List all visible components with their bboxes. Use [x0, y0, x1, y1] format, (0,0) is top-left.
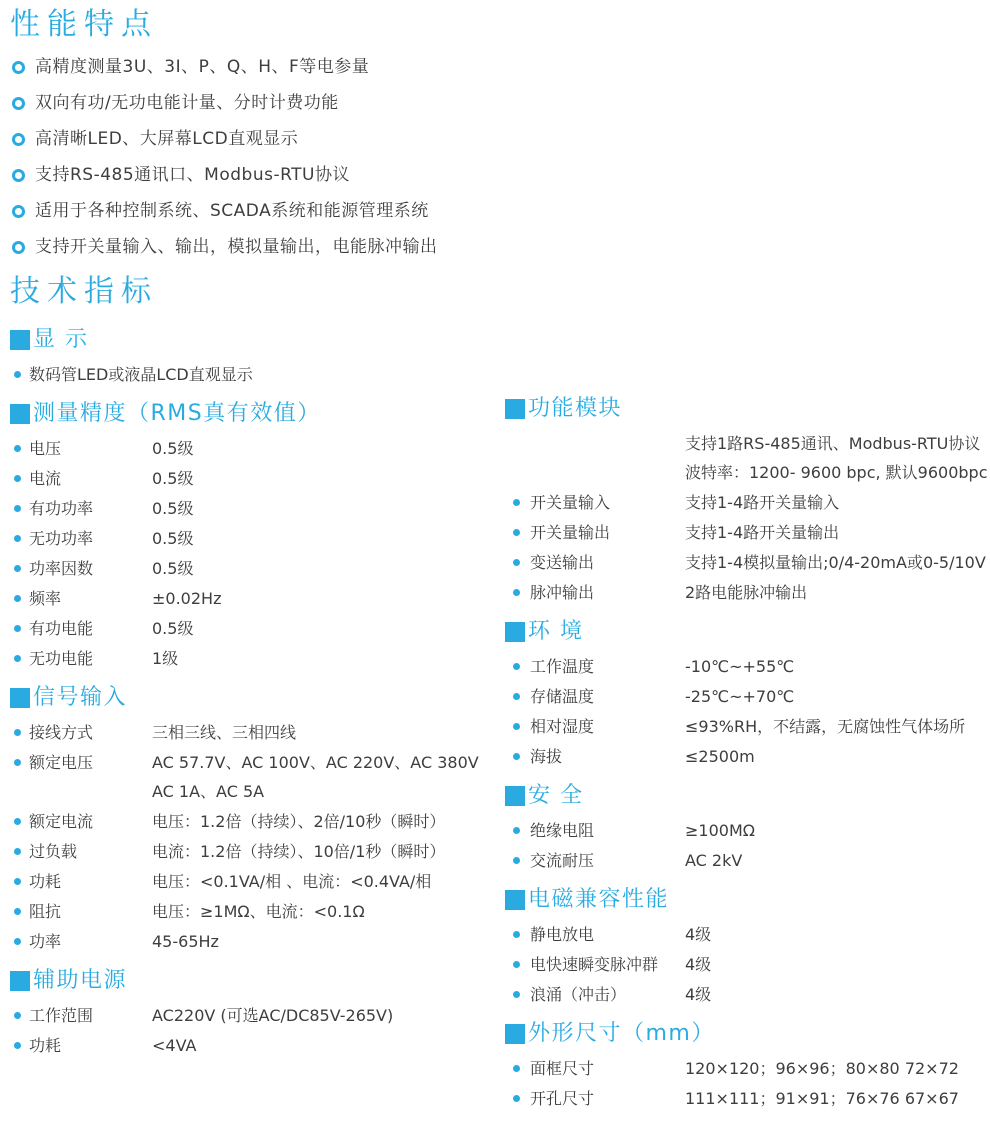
spec-section: 显 示 数码管LED或液晶LCD直观显示	[10, 328, 494, 385]
dot-bullet-icon	[513, 693, 520, 700]
spec-value: ≤2500m	[685, 747, 755, 767]
feature-text: 支持开关量输入、输出，模拟量输出，电能脉冲输出	[35, 237, 438, 258]
spec-value: 电流：1.2倍（持续）、10倍/1秒（瞬时）	[152, 842, 445, 862]
spec-value-line1: 4级	[685, 985, 711, 1005]
square-bullet-icon	[505, 1024, 525, 1044]
dot-bullet-icon	[14, 938, 21, 945]
spec-label: 脉冲输出	[530, 583, 685, 603]
spec-value-line1: 1级	[152, 649, 178, 669]
section-heading-text: 测量精度（RMS真有效值）	[33, 402, 321, 426]
spec-value-line1: 支持1-4模拟量输出;0/4-20mA或0-5/10V	[685, 553, 986, 573]
square-bullet-icon	[10, 688, 30, 708]
spec-row: 相对湿度 ≤93%RH，不结露，无腐蚀性气体场所	[505, 717, 987, 737]
spec-value: 0.5级	[152, 439, 193, 459]
spec-row: 过负载 电流：1.2倍（持续）、10倍/1秒（瞬时）	[10, 842, 494, 862]
feature-text: 高清晰LED、大屏幕LCD直观显示	[35, 129, 298, 150]
spec-value: 电压：1.2倍（持续）、2倍/10秒（瞬时）	[152, 812, 445, 832]
spec-value: 电压：≥1MΩ、电流：<0.1Ω	[152, 902, 365, 922]
spec-section: 信号输入 接线方式 三相三线、三相四线 额定电压 AC 57.7V、AC 100…	[10, 686, 494, 952]
circle-bullet-icon	[12, 97, 25, 110]
spec-value: -25℃~+70℃	[685, 687, 794, 707]
feature-item: 高精度测量3U、3I、P、Q、H、F等电参量	[10, 57, 494, 78]
spec-label: 交流耐压	[530, 851, 685, 871]
dot-bullet-icon	[14, 759, 21, 766]
feature-text: 双向有功/无功电能计量、分时计费功能	[35, 93, 339, 114]
dot-bullet-icon	[513, 559, 520, 566]
section-heading: 信号输入	[10, 686, 494, 710]
section-heading-text: 显 示	[33, 328, 89, 352]
square-bullet-icon	[505, 622, 525, 642]
spec-label: 额定电流	[29, 812, 152, 832]
spec-label: 开关量输入	[530, 493, 685, 513]
spec-row: 功率 45-65Hz	[10, 932, 494, 952]
spec-value-line2: AC 1A、AC 5A	[152, 782, 479, 802]
spec-row: 阻抗 电压：≥1MΩ、电流：<0.1Ω	[10, 902, 494, 922]
spec-row: 绝缘电阻 ≥100MΩ	[505, 821, 987, 841]
spec-row: 有功电能 0.5级	[10, 619, 494, 639]
spec-value-line1: 111×111；91×91；76×76 67×67	[685, 1089, 959, 1109]
spec-label: 开关量输出	[530, 523, 685, 543]
spec-value-line1: 0.5级	[152, 529, 193, 549]
left-column: 性能特点 高精度测量3U、3I、P、Q、H、F等电参量 双向有功/无功电能计量、…	[10, 6, 494, 1066]
spec-label: 功率	[29, 932, 152, 952]
dot-bullet-icon	[513, 589, 520, 596]
spec-value: 1级	[152, 649, 178, 669]
spec-section: 安 全 绝缘电阻 ≥100MΩ 交流耐压 AC 2kV	[505, 784, 987, 871]
spec-label: 功率因数	[29, 559, 152, 579]
features-title: 性能特点	[10, 6, 494, 44]
spec-row: 工作温度 -10℃~+55℃	[505, 657, 987, 677]
spec-value-line1: -10℃~+55℃	[685, 657, 794, 677]
dot-bullet-icon	[14, 1042, 21, 1049]
spec-row: 交流耐压 AC 2kV	[505, 851, 987, 871]
feature-item: 高清晰LED、大屏幕LCD直观显示	[10, 129, 494, 150]
spec-value: 支持1-4模拟量输出;0/4-20mA或0-5/10V	[685, 553, 986, 573]
dot-bullet-icon	[513, 991, 520, 998]
spec-value-line1: 电流：1.2倍（持续）、10倍/1秒（瞬时）	[152, 842, 445, 862]
spec-value-line2: 波特率：1200- 9600 bpc, 默认9600bpc	[685, 463, 988, 483]
section-heading-text: 安 全	[528, 784, 584, 808]
dot-bullet-icon	[14, 445, 21, 452]
section-heading-text: 辅助电源	[33, 969, 127, 993]
spec-value: 4级	[685, 955, 711, 975]
section-rows: 工作范围 AC220V (可选AC/DC85V-265V) 功耗 <4VA	[10, 1006, 494, 1056]
spec-label: 过负载	[29, 842, 152, 862]
spec-label: 开孔尺寸	[530, 1089, 685, 1109]
spec-value-line1: -25℃~+70℃	[685, 687, 794, 707]
dot-bullet-icon	[14, 729, 21, 736]
spec-row: 无功电能 1级	[10, 649, 494, 669]
circle-bullet-icon	[12, 241, 25, 254]
feature-text: 适用于各种控制系统、SCADA系统和能源管理系统	[35, 201, 429, 222]
dot-bullet-icon	[513, 723, 520, 730]
spec-value-line1: 支持1-4路开关量输入	[685, 493, 839, 513]
spec-section: 辅助电源 工作范围 AC220V (可选AC/DC85V-265V) 功耗 <4…	[10, 969, 494, 1056]
spec-section: 测量精度（RMS真有效值） 电压 0.5级 电流 0.5级 有功功率 0.5级 …	[10, 402, 494, 669]
spec-value: 120×120；96×96；80×80 72×72	[685, 1059, 959, 1079]
section-rows: 接线方式 三相三线、三相四线 额定电压 AC 57.7V、AC 100V、AC …	[10, 723, 494, 952]
spec-value-line1: 2路电能脉冲输出	[685, 583, 807, 603]
spec-row: 海拔 ≤2500m	[505, 747, 987, 767]
dot-bullet-icon	[14, 655, 21, 662]
dot-bullet-icon	[14, 371, 21, 378]
spec-label: 面框尺寸	[530, 1059, 685, 1079]
spec-value: <4VA	[152, 1036, 196, 1056]
spec-value: 0.5级	[152, 469, 193, 489]
spec-value: AC220V (可选AC/DC85V-265V)	[152, 1006, 393, 1026]
spec-value-line1: 4级	[685, 925, 711, 945]
spec-value: 0.5级	[152, 499, 193, 519]
square-bullet-icon	[505, 399, 525, 419]
spec-row: 开孔尺寸 111×111；91×91；76×76 67×67	[505, 1089, 987, 1109]
circle-bullet-icon	[12, 169, 25, 182]
spec-value: 0.5级	[152, 529, 193, 549]
spec-section: 电磁兼容性能 静电放电 4级 电快速瞬变脉冲群 4级 浪涌（冲击） 4级	[505, 888, 987, 1005]
right-column: 功能模块 支持1路RS-485通讯、Modbus-RTU协议 波特率：1200-…	[505, 380, 987, 1119]
features-list: 高精度测量3U、3I、P、Q、H、F等电参量 双向有功/无功电能计量、分时计费功…	[10, 57, 494, 258]
dot-bullet-icon	[14, 908, 21, 915]
spec-value: 三相三线、三相四线	[152, 723, 296, 743]
spec-label: 功耗	[29, 1036, 152, 1056]
square-bullet-icon	[10, 404, 30, 424]
dot-bullet-icon	[14, 505, 21, 512]
section-rows: 数码管LED或液晶LCD直观显示	[10, 365, 494, 385]
spec-row: 频率 ±0.02Hz	[10, 589, 494, 609]
feature-item: 适用于各种控制系统、SCADA系统和能源管理系统	[10, 201, 494, 222]
spec-label: 电流	[29, 469, 152, 489]
section-heading: 电磁兼容性能	[505, 888, 987, 912]
square-bullet-icon	[505, 890, 525, 910]
spec-value: 45-65Hz	[152, 932, 219, 952]
square-bullet-icon	[505, 786, 525, 806]
dot-bullet-icon	[513, 931, 520, 938]
spec-row: 数码管LED或液晶LCD直观显示	[10, 365, 494, 385]
spec-label: 阻抗	[29, 902, 152, 922]
spec-row: 额定电流 电压：1.2倍（持续）、2倍/10秒（瞬时）	[10, 812, 494, 832]
spec-row: 工作范围 AC220V (可选AC/DC85V-265V)	[10, 1006, 494, 1026]
section-heading: 显 示	[10, 328, 494, 352]
dot-bullet-icon	[513, 1095, 520, 1102]
feature-item: 双向有功/无功电能计量、分时计费功能	[10, 93, 494, 114]
dot-bullet-icon	[513, 961, 520, 968]
spec-section: 环 境 工作温度 -10℃~+55℃ 存储温度 -25℃~+70℃ 相对湿度 ≤…	[505, 620, 987, 767]
spec-section: 外形尺寸（mm） 面框尺寸 120×120；96×96；80×80 72×72 …	[505, 1022, 987, 1109]
spec-value-line1: 45-65Hz	[152, 932, 219, 952]
spec-value-line1: 0.5级	[152, 499, 193, 519]
spec-label: 接线方式	[29, 723, 152, 743]
spec-label: 数码管LED或液晶LCD直观显示	[29, 365, 253, 385]
spec-value: 2路电能脉冲输出	[685, 583, 807, 603]
section-heading-text: 功能模块	[528, 397, 622, 421]
dot-bullet-icon	[513, 1065, 520, 1072]
spec-value: -10℃~+55℃	[685, 657, 794, 677]
spec-label: 电压	[29, 439, 152, 459]
feature-text: 高精度测量3U、3I、P、Q、H、F等电参量	[35, 57, 369, 78]
dot-bullet-icon	[513, 529, 520, 536]
spec-value: 支持1-4路开关量输出	[685, 523, 839, 543]
specs-title: 技术指标	[10, 273, 494, 311]
spec-value-line1: AC 57.7V、AC 100V、AC 220V、AC 380V	[152, 753, 479, 773]
spec-value-line1: 4级	[685, 955, 711, 975]
spec-value-line1: 120×120；96×96；80×80 72×72	[685, 1059, 959, 1079]
spec-value: 支持1-4路开关量输入	[685, 493, 839, 513]
spec-value-line1: ±0.02Hz	[152, 589, 221, 609]
dot-bullet-icon	[14, 565, 21, 572]
section-rows: 静电放电 4级 电快速瞬变脉冲群 4级 浪涌（冲击） 4级	[505, 925, 987, 1005]
dot-bullet-icon	[14, 535, 21, 542]
spec-value-line1: AC 2kV	[685, 851, 742, 871]
spec-value: 4级	[685, 925, 711, 945]
spec-label: 无功电能	[29, 649, 152, 669]
spec-row: 支持1路RS-485通讯、Modbus-RTU协议 波特率：1200- 9600…	[505, 434, 987, 483]
spec-value: 支持1路RS-485通讯、Modbus-RTU协议 波特率：1200- 9600…	[685, 434, 988, 483]
dot-bullet-icon	[513, 827, 520, 834]
spec-row: 功耗 <4VA	[10, 1036, 494, 1056]
spec-section: 功能模块 支持1路RS-485通讯、Modbus-RTU协议 波特率：1200-…	[505, 397, 987, 603]
spec-row: 存储温度 -25℃~+70℃	[505, 687, 987, 707]
spec-label: 变送输出	[530, 553, 685, 573]
spec-row: 功耗 电压：<0.1VA/相 、电流：<0.4VA/相	[10, 872, 494, 892]
spec-label: 相对湿度	[530, 717, 685, 737]
spec-label: 工作范围	[29, 1006, 152, 1026]
spec-row: 接线方式 三相三线、三相四线	[10, 723, 494, 743]
spec-value: ≥100MΩ	[685, 821, 755, 841]
spec-label: 频率	[29, 589, 152, 609]
section-heading: 外形尺寸（mm）	[505, 1022, 987, 1046]
dot-bullet-icon	[14, 595, 21, 602]
section-rows: 绝缘电阻 ≥100MΩ 交流耐压 AC 2kV	[505, 821, 987, 871]
dot-bullet-icon	[14, 848, 21, 855]
spec-value-line1: ≤2500m	[685, 747, 755, 767]
spec-row: 电快速瞬变脉冲群 4级	[505, 955, 987, 975]
spec-label: 功耗	[29, 872, 152, 892]
section-heading-text: 外形尺寸（mm）	[528, 1022, 715, 1046]
spec-value: ≤93%RH，不结露，无腐蚀性气体场所	[685, 717, 965, 737]
section-heading: 测量精度（RMS真有效值）	[10, 402, 494, 426]
spec-label: 电快速瞬变脉冲群	[530, 955, 685, 975]
spec-value-line1: 电压：1.2倍（持续）、2倍/10秒（瞬时）	[152, 812, 445, 832]
spec-value-line1: ≤93%RH，不结露，无腐蚀性气体场所	[685, 717, 965, 737]
spec-value: AC 2kV	[685, 851, 742, 871]
feature-item: 支持开关量输入、输出，模拟量输出，电能脉冲输出	[10, 237, 494, 258]
spec-value-line1: 电压：<0.1VA/相 、电流：<0.4VA/相	[152, 872, 431, 892]
section-heading: 环 境	[505, 620, 987, 644]
dot-bullet-icon	[14, 1012, 21, 1019]
spec-value-line1: 0.5级	[152, 439, 193, 459]
spec-label: 浪涌（冲击）	[530, 985, 685, 1005]
spec-label: 有功功率	[29, 499, 152, 519]
spec-value: 111×111；91×91；76×76 67×67	[685, 1089, 959, 1109]
spec-row: 脉冲输出 2路电能脉冲输出	[505, 583, 987, 603]
right-sections: 功能模块 支持1路RS-485通讯、Modbus-RTU协议 波特率：1200-…	[505, 397, 987, 1109]
dot-bullet-icon	[14, 475, 21, 482]
dot-bullet-icon	[513, 857, 520, 864]
section-rows: 支持1路RS-485通讯、Modbus-RTU协议 波特率：1200- 9600…	[505, 434, 987, 603]
circle-bullet-icon	[12, 133, 25, 146]
spec-label: 存储温度	[530, 687, 685, 707]
spec-label: 绝缘电阻	[530, 821, 685, 841]
left-sections: 显 示 数码管LED或液晶LCD直观显示 测量精度（RMS真有效值） 电压 0.…	[10, 328, 494, 1056]
spec-row: 功率因数 0.5级	[10, 559, 494, 579]
spec-value-line1: AC220V (可选AC/DC85V-265V)	[152, 1006, 393, 1026]
page: 性能特点 高精度测量3U、3I、P、Q、H、F等电参量 双向有功/无功电能计量、…	[0, 0, 990, 1132]
dot-bullet-icon	[513, 499, 520, 506]
spec-row: 有功功率 0.5级	[10, 499, 494, 519]
spec-value: 电压：<0.1VA/相 、电流：<0.4VA/相	[152, 872, 431, 892]
section-heading: 辅助电源	[10, 969, 494, 993]
circle-bullet-icon	[12, 205, 25, 218]
spec-value-line1: ≥100MΩ	[685, 821, 755, 841]
section-heading-text: 信号输入	[33, 686, 127, 710]
spec-value-line1: 0.5级	[152, 559, 193, 579]
dot-bullet-icon	[14, 625, 21, 632]
spec-row: 变送输出 支持1-4模拟量输出;0/4-20mA或0-5/10V	[505, 553, 987, 573]
spec-row: 额定电压 AC 57.7V、AC 100V、AC 220V、AC 380V AC…	[10, 753, 494, 802]
section-heading: 安 全	[505, 784, 987, 808]
spec-row: 浪涌（冲击） 4级	[505, 985, 987, 1005]
spec-row: 无功功率 0.5级	[10, 529, 494, 549]
spec-value: 0.5级	[152, 619, 193, 639]
spec-row: 电流 0.5级	[10, 469, 494, 489]
spec-value-line1: 0.5级	[152, 619, 193, 639]
spec-row: 开关量输出 支持1-4路开关量输出	[505, 523, 987, 543]
feature-item: 支持RS-485通讯口、Modbus-RTU协议	[10, 165, 494, 186]
spec-value: ±0.02Hz	[152, 589, 221, 609]
dot-bullet-icon	[513, 753, 520, 760]
feature-text: 支持RS-485通讯口、Modbus-RTU协议	[35, 165, 350, 186]
spec-value: 0.5级	[152, 559, 193, 579]
spec-row: 静电放电 4级	[505, 925, 987, 945]
section-heading-text: 环 境	[528, 620, 584, 644]
section-heading-text: 电磁兼容性能	[528, 888, 669, 912]
spec-value-line1: 三相三线、三相四线	[152, 723, 296, 743]
dot-bullet-icon	[14, 818, 21, 825]
section-rows: 工作温度 -10℃~+55℃ 存储温度 -25℃~+70℃ 相对湿度 ≤93%R…	[505, 657, 987, 767]
spec-row: 面框尺寸 120×120；96×96；80×80 72×72	[505, 1059, 987, 1079]
section-rows: 电压 0.5级 电流 0.5级 有功功率 0.5级 无功功率 0.5级 功率因数…	[10, 439, 494, 669]
spec-label: 额定电压	[29, 753, 152, 773]
spec-value-line1: 支持1-4路开关量输出	[685, 523, 839, 543]
spec-value-line1: 电压：≥1MΩ、电流：<0.1Ω	[152, 902, 365, 922]
section-heading: 功能模块	[505, 397, 987, 421]
spec-value-line1: 支持1路RS-485通讯、Modbus-RTU协议	[685, 434, 988, 454]
spec-value: AC 57.7V、AC 100V、AC 220V、AC 380V AC 1A、A…	[152, 753, 479, 802]
section-rows: 面框尺寸 120×120；96×96；80×80 72×72 开孔尺寸 111×…	[505, 1059, 987, 1109]
square-bullet-icon	[10, 971, 30, 991]
spec-label: 有功电能	[29, 619, 152, 639]
spec-value: 4级	[685, 985, 711, 1005]
spec-label: 无功功率	[29, 529, 152, 549]
circle-bullet-icon	[12, 61, 25, 74]
spec-row: 电压 0.5级	[10, 439, 494, 459]
square-bullet-icon	[10, 330, 30, 350]
dot-bullet-icon	[513, 663, 520, 670]
dot-bullet-icon	[14, 878, 21, 885]
spec-value-line1: <4VA	[152, 1036, 196, 1056]
spec-row: 开关量输入 支持1-4路开关量输入	[505, 493, 987, 513]
spec-value-line1: 0.5级	[152, 469, 193, 489]
spec-label: 静电放电	[530, 925, 685, 945]
spec-label: 工作温度	[530, 657, 685, 677]
spec-label: 海拔	[530, 747, 685, 767]
